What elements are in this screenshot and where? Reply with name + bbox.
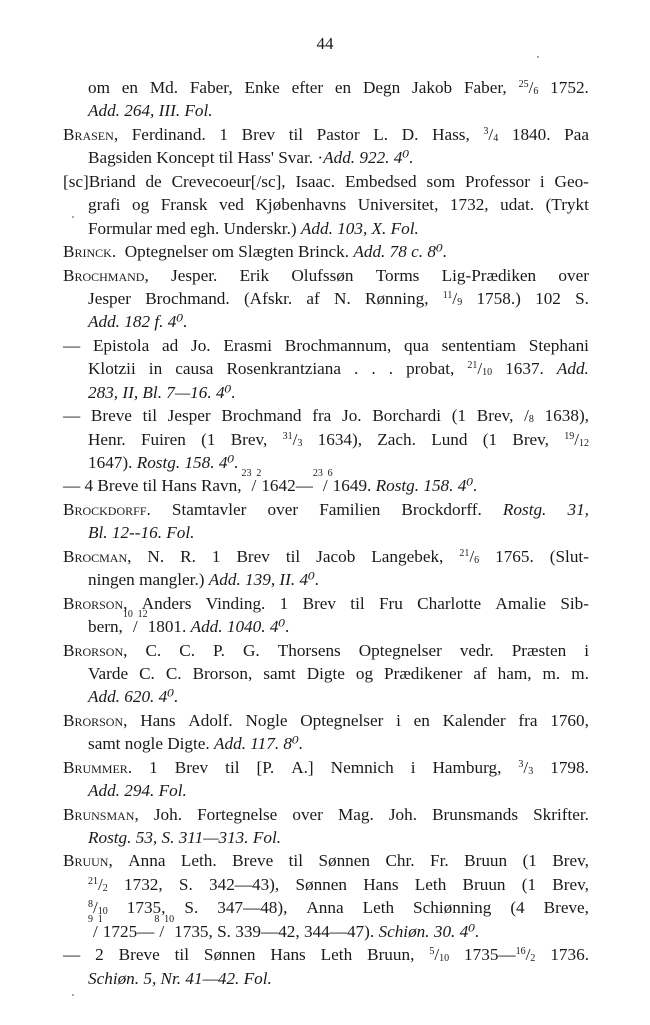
entry-heading: Brinck: [63, 240, 112, 263]
text-line: 283, II, Bl. 7—16. 4⁰.: [63, 381, 589, 404]
catalog-entry: Brorson,C.C.P.G.ThorsensOptegnelservedr.…: [63, 639, 589, 709]
catalog-entry: Bruun,AnnaLeth.BrevetilSønnenChr.Fr.Bruu…: [63, 849, 589, 943]
catalog-entry: Brummer.1Brevtil[P.A.]NemnichiHamburg,3/…: [63, 756, 589, 803]
catalog-sub-entry: — 4 Breve til Hans Ravn, 23/2 1642—23/6 …: [63, 474, 589, 497]
entry-heading: Brorson: [63, 641, 123, 660]
shelfmark: Schiøn. 5, Nr. 41—42. Fol.: [88, 967, 272, 990]
text-line: Brochmand,Jesper.ErikOlufssønTormsLig-Pr…: [63, 264, 589, 287]
entry-heading: Brunsman: [63, 805, 134, 824]
catalog-sub-entry: —BrevetilJesperBrochmandfraJo.Borchardi(…: [63, 404, 589, 474]
shelfmark: Rostg. 53, S. 311—313. Fol.: [88, 826, 281, 849]
text-line: Brocman,N.R.1BrevtilJacobLangebek,21/617…: [63, 545, 589, 568]
catalog-entry: Brorson,AndersVinding.1BrevtilFruCharlot…: [63, 592, 589, 639]
text-line: Bl. 12--16. Fol.: [63, 521, 589, 544]
shelfmark: 283, II, Bl. 7—16. 4⁰.: [88, 381, 236, 404]
shelfmark: Schiøn. 30. 4⁰.: [378, 920, 479, 943]
entry-heading: Brorson: [63, 594, 123, 613]
page-number: 44: [0, 34, 650, 54]
shelfmark: Add. 620. 4⁰.: [88, 685, 178, 708]
text-line: Add. 620. 4⁰.: [63, 685, 589, 708]
text-line: 21/21732,S.342—43),SønnenHansLethBruun(1…: [63, 873, 589, 896]
text-line: VardeC.C.Brorson,samtDigteogPrædikeneraf…: [63, 662, 589, 685]
catalog-entry: Brockdorff.StamtavleroverFamilienBrockdo…: [63, 498, 589, 545]
shelfmark: Add. 139, II. 4⁰.: [209, 568, 319, 591]
shelfmark: Add. 264, III. Fol.: [88, 99, 213, 122]
text-line: Brorson,HansAdolf.NogleOptegnelserienKal…: [63, 709, 589, 732]
text-line: Henr.Fuiren(1Brev,31/31634),Zach.Lund(1B…: [63, 428, 589, 451]
shelfmark: Add. 78 c. 8⁰.: [353, 240, 447, 263]
shelfmark: Rostg. 158. 4⁰.: [137, 451, 239, 474]
text-line: 9/1 1725—8/10 1735, S. 339—42, 344—47). …: [63, 920, 589, 943]
entry-heading: Brorson: [63, 711, 123, 730]
catalog-entry: Brunsman,Joh.FortegnelseoverMag.Joh.Brun…: [63, 803, 589, 850]
entry-heading: Brocman: [63, 547, 127, 566]
shelfmark: Add.: [557, 359, 589, 378]
shelfmark: Bl. 12--16. Fol.: [88, 521, 194, 544]
text-line: — 4 Breve til Hans Ravn, 23/2 1642—23/6 …: [63, 474, 589, 497]
entry-heading: Brochmand: [63, 266, 144, 285]
text-line: 8/101735,S.347—48),AnnaLethSchiønning(4B…: [63, 896, 589, 919]
text-line: Add. 182 f. 4⁰.: [63, 310, 589, 333]
catalog-entry: [sc]BrianddeCrevecoeur[/sc],Isaac.Embeds…: [63, 170, 589, 240]
shelfmark: Add. 103, X. Fol.: [301, 217, 419, 240]
catalog-entry: Brorson,HansAdolf.NogleOptegnelserienKal…: [63, 709, 589, 756]
text-line: Brummer.1Brevtil[P.A.]NemnichiHamburg,3/…: [63, 756, 589, 779]
catalog-continuation: omenMd.Faber,EnkeefterenDegnJakobFaber,2…: [63, 76, 589, 123]
shelfmark: Add. 1040. 4⁰.: [191, 615, 290, 638]
text-line: —2BrevetilSønnenHansLethBruun,5/101735—1…: [63, 943, 589, 966]
text-line: Schiøn. 5, Nr. 41—42. Fol.: [63, 967, 589, 990]
text-line: Formular med egh. Underskr.) Add. 103, X…: [63, 217, 589, 240]
shelfmark: Add. 294. Fol.: [88, 779, 187, 802]
text-line: —BrevetilJesperBrochmandfraJo.Borchardi(…: [63, 404, 589, 427]
text-line: KlotziiincausaRosenkrantziana...probat,2…: [63, 357, 589, 380]
catalog-sub-entry: —EpistolaadJo.ErasmiBrochmannum,quasente…: [63, 334, 589, 404]
entry-heading: Brockdorff: [63, 500, 147, 519]
catalog-entry: Brasen,Ferdinand.1BrevtilPastorL.D.Hass,…: [63, 123, 589, 170]
text-line: ningen mangler.) Add. 139, II. 4⁰.: [63, 568, 589, 591]
text-line: omenMd.Faber,EnkeefterenDegnJakobFaber,2…: [63, 76, 589, 99]
text-line: Brorson,C.C.P.G.ThorsensOptegnelservedr.…: [63, 639, 589, 662]
shelfmark: Add. 922. 4⁰.: [323, 146, 413, 169]
text-line: grafiogFranskvedKjøbenhavnsUniversitet,1…: [63, 193, 589, 216]
entry-heading: Brasen: [63, 125, 114, 144]
text-line: samt nogle Digte. Add. 117. 8⁰.: [63, 732, 589, 755]
text-line: Bagsiden Koncept til Hass' Svar. ·Add. 9…: [63, 146, 589, 169]
text-line: JesperBrochmand.(Afskr.afN.Rønning,11/91…: [63, 287, 589, 310]
entry-heading: Brummer: [63, 758, 128, 777]
text-line: Brunsman,Joh.FortegnelseoverMag.Joh.Brun…: [63, 803, 589, 826]
catalog-entry: Brocman,N.R.1BrevtilJacobLangebek,21/617…: [63, 545, 589, 592]
text-line: Rostg. 53, S. 311—313. Fol.: [63, 826, 589, 849]
catalog-entry: Brinck. Optegnelser om Slægten Brinck. A…: [63, 240, 589, 263]
text-line: 1647). Rostg. 158. 4⁰.: [63, 451, 589, 474]
text-line: —EpistolaadJo.ErasmiBrochmannum,quasente…: [63, 334, 589, 357]
catalog-entry: Brochmand,Jesper.ErikOlufssønTormsLig-Pr…: [63, 264, 589, 334]
shelfmark: Add. 182 f. 4⁰.: [88, 310, 188, 333]
text-line: bern, 10/12 1801. Add. 1040. 4⁰.: [63, 615, 589, 638]
shelfmark: Add. 117. 8⁰.: [214, 732, 303, 755]
text-line: Brockdorff.StamtavleroverFamilienBrockdo…: [63, 498, 589, 521]
text-line: Add. 264, III. Fol.: [63, 99, 589, 122]
catalog-text-block: omenMd.Faber,EnkeefterenDegnJakobFaber,2…: [63, 76, 589, 990]
text-line: Brasen,Ferdinand.1BrevtilPastorL.D.Hass,…: [63, 123, 589, 146]
text-line: Add. 294. Fol.: [63, 779, 589, 802]
scan-speck: [537, 56, 539, 58]
scan-speck: [72, 994, 74, 996]
text-line: [sc]BrianddeCrevecoeur[/sc],Isaac.Embeds…: [63, 170, 589, 193]
catalog-sub-entry: —2BrevetilSønnenHansLethBruun,5/101735—1…: [63, 943, 589, 990]
text-line: Bruun,AnnaLeth.BrevetilSønnenChr.Fr.Bruu…: [63, 849, 589, 872]
text-line: Brinck. Optegnelser om Slægten Brinck. A…: [63, 240, 589, 263]
entry-heading: Bruun: [63, 851, 108, 870]
shelfmark: Rostg. 158. 4⁰.: [376, 474, 478, 497]
